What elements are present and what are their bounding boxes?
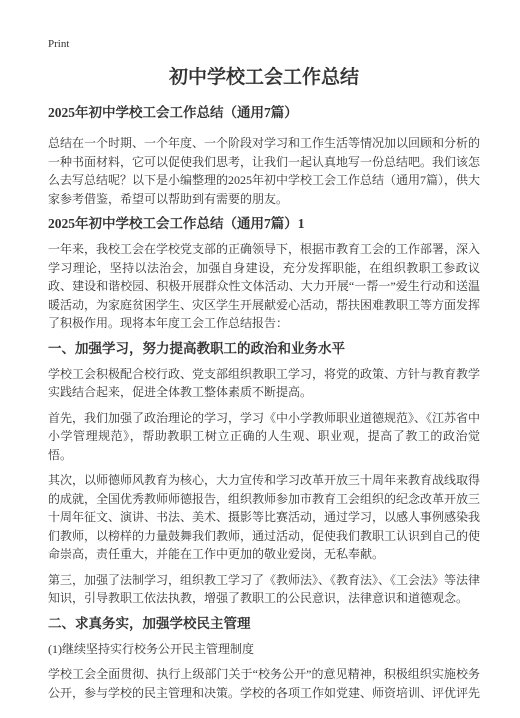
part-1-third-point-paragraph: 第三，加强了法制学习，组织教工学习了《教师法》、《教育法》、《工会法》等法律知识… [48,571,480,608]
intro-paragraph: 总结在一个时期、一个年度、一个阶段对学习和工作生活等情况加以回顾和分析的一种书面… [48,134,480,208]
document-page: Print 初中学校工会工作总结 2025年初中学校工会工作总结（通用7篇） 总… [0,0,520,718]
document-title: 初中学校工会工作总结 [48,65,480,90]
part-1-heading: 一、加强学习，努力提高教职工的政治和业务水平 [48,340,480,357]
part-2-detail-paragraph: 学校工会全面贯彻、执行上级部门关于“校务公开”的意见精神，积极组织实施校务公开，… [48,665,480,702]
print-link[interactable]: Print [48,38,69,51]
part-1-first-point-paragraph: 首先，我们加强了政治理论的学习，学习《中小学教师职业道德规范》、《江苏省中小学管… [48,409,480,465]
section-1-overview-paragraph: 一年来，我校工会在学校党支部的正确领导下，根据市教育工会的工作部署，深入学习理论… [48,240,480,333]
part-1-second-point-paragraph: 其次，以师德师风教育为核心，大力宣传和学习改革开放三十周年来教育战线取得的成就，… [48,471,480,564]
document-subtitle: 2025年初中学校工会工作总结（通用7篇） [48,104,480,121]
part-2-item-1-paragraph: (1)继续坚持实行校务公开民主管理制度 [48,640,480,659]
part-1-paragraph: 学校工会积极配合校行政、党支部组织教职工学习，将党的政策、方针与教育教学实践结合… [48,365,480,402]
part-2-heading: 二、求真务实，加强学校民主管理 [48,615,480,632]
section-1-heading: 2025年初中学校工会工作总结（通用7篇）1 [48,215,480,232]
